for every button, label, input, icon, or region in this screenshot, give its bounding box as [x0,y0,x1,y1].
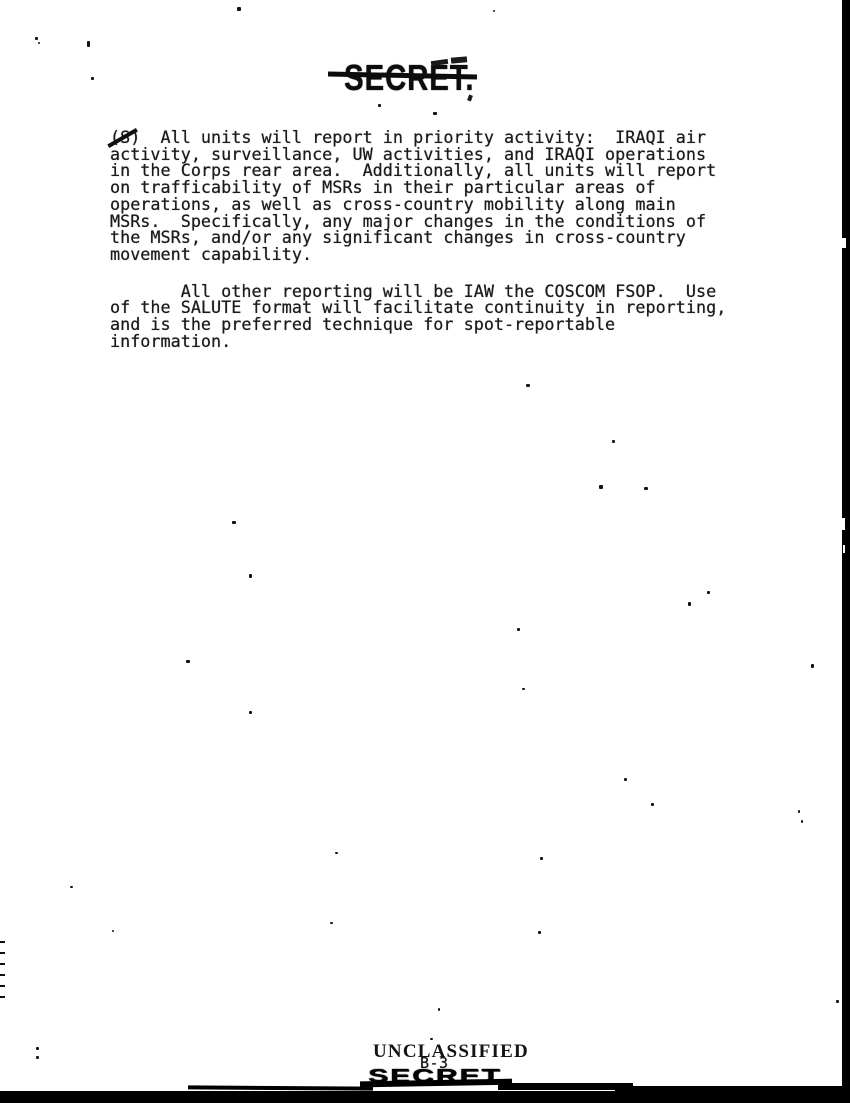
scan-speck [35,37,38,40]
scan-speck [644,487,648,490]
scan-smudge [467,94,473,101]
scan-speck [438,1008,440,1011]
scan-speck [433,112,437,115]
scan-speck [836,1000,839,1003]
text-line: movement capability. [110,246,726,263]
strikethrough-line [188,1085,373,1090]
scan-speck [232,521,236,524]
document-body: (S) All units will report in priority ac… [110,129,726,349]
scan-speck [38,42,40,44]
margin-dash [0,963,5,965]
scan-speck [624,778,627,781]
margin-dash [0,996,5,998]
scan-speck [87,41,90,47]
scan-speck [112,930,114,932]
scan-speck [36,1056,39,1059]
scan-speck [91,77,94,80]
text-line: information. [110,333,726,350]
scan-speck [249,711,252,714]
scan-speck [493,10,495,12]
scan-speck [330,922,333,924]
scan-speck [612,440,615,443]
margin-dash [0,941,5,943]
scan-speck [186,660,190,663]
scan-speck [378,104,381,107]
scan-speck [522,688,525,690]
body-paragraph: (S) All units will report in priority ac… [110,129,726,263]
scan-speck [811,664,814,668]
text-line: operations, as well as cross-country mob… [110,196,726,213]
unclassified-stamp: UNCLASSIFIED [373,1041,529,1063]
scan-speck [688,602,691,606]
scan-speck [540,857,543,860]
scan-notch [842,238,846,248]
scan-notch [843,545,845,553]
scan-speck [430,1038,433,1040]
scan-edge-band [0,1091,850,1103]
scan-speck [651,803,654,806]
scan-notch [842,518,845,530]
scan-speck [517,628,520,631]
scan-speck [538,931,541,934]
scanned-document-page: SECRET. (S) All units will report in pri… [0,0,850,1103]
scan-speck [237,7,241,11]
scan-speck [249,574,252,578]
scan-speck [801,820,803,823]
scan-speck [798,810,800,813]
scan-speck [526,384,530,387]
scan-speck [335,852,338,854]
strikethrough-line [498,1083,633,1090]
scan-speck [36,1047,39,1050]
margin-dash [0,952,5,954]
scan-speck [599,485,603,489]
margin-dash [0,985,5,987]
scan-speck [707,591,710,594]
scan-speck [70,886,73,888]
margin-dash [0,974,5,976]
body-paragraph: All other reporting will be IAW the COSC… [110,283,726,350]
